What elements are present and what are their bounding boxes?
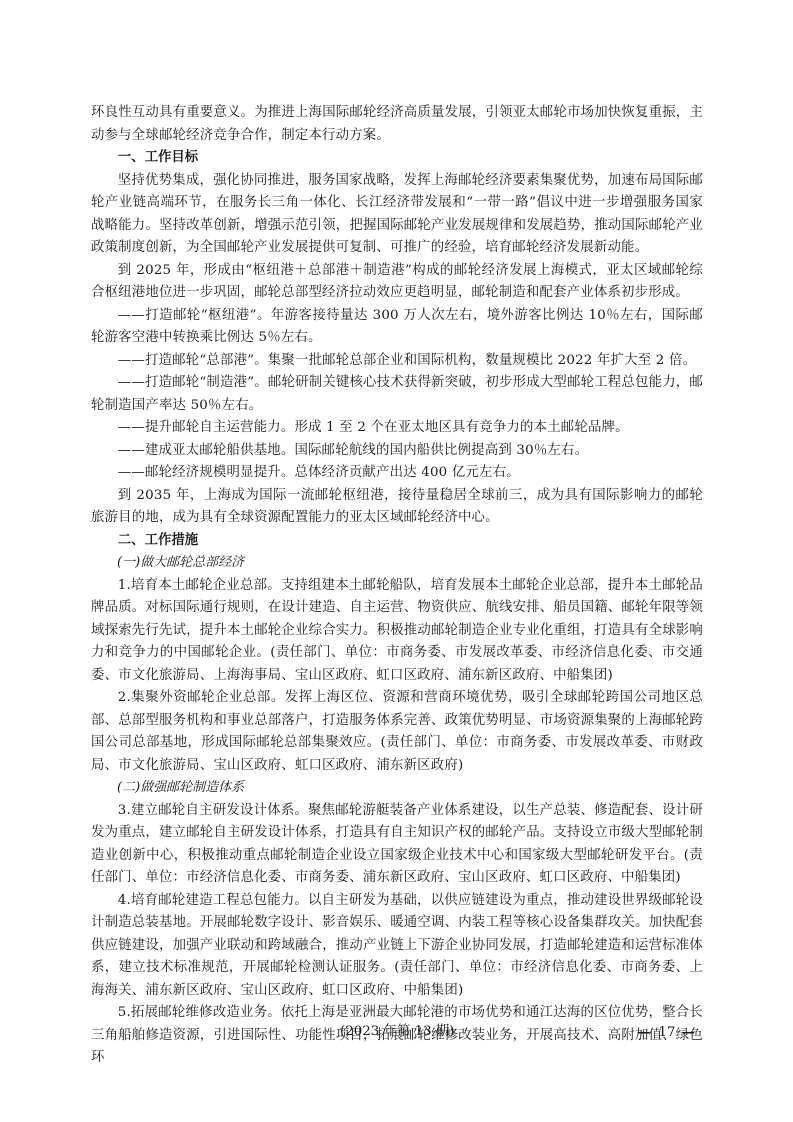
page-dash-right: —: [681, 1024, 696, 1040]
heading-work-goals: 一、工作目标: [91, 147, 703, 170]
measure-item-2: 2.集聚外资邮轮企业总部。发挥上海区位、资源和营商环境优势，吸引全球邮轮跨国公司…: [91, 687, 703, 777]
heading-work-measures: 二、工作措施: [91, 530, 703, 553]
paragraph-intro-continuation: 环良性互动具有重要意义。为推进上海国际邮轮经济高质量发展，引领亚太邮轮市场加快恢…: [91, 102, 703, 147]
paragraph-goals-principles: 坚持优势集成，强化协同推进，服务国家战略，发挥上海邮轮经济要素集聚优势，加速布局…: [91, 170, 703, 260]
document-body: 环良性互动具有重要意义。为推进上海国际邮轮经济高质量发展，引领亚太邮轮市场加快恢…: [91, 102, 703, 1070]
footer-issue-label: (2023 年第 13 期): [340, 1022, 455, 1042]
goal-item-hub-port: ——打造邮轮“枢纽港”。年游客接待量达 300 万人次左右，境外游客比例达 10…: [91, 305, 703, 350]
page-number: —17—: [637, 1022, 697, 1043]
paragraph-goals-2035: 到 2035 年，上海成为国际一流邮轮枢纽港，接待量稳居全球前三，成为具有国际影…: [91, 485, 703, 530]
page-number-value: 17: [658, 1025, 675, 1040]
measure-item-3: 3.建立邮轮自主研发设计体系。聚焦邮轮游艇装备产业体系建设，以生产总装、修造配套…: [91, 800, 703, 890]
measure-item-1: 1.培育本土邮轮企业总部。支持组建本土邮轮船队，培育发展本土邮轮企业总部，提升本…: [91, 575, 703, 688]
goal-item-headquarters-port: ——打造邮轮“总部港”。集聚一批邮轮总部企业和国际机构，数量规模比 2022 年…: [91, 350, 703, 373]
subheading-manufacturing-system: (二)做强邮轮制造体系: [91, 777, 703, 800]
goal-item-supply-base: ——建成亚太邮轮船供基地。国际邮轮航线的国内船供比例提高到 30％左右。: [91, 440, 703, 463]
subheading-headquarters-economy: (一)做大邮轮总部经济: [91, 552, 703, 575]
goal-item-operations: ——提升邮轮自主运营能力。形成 1 至 2 个在亚太地区具有竞争力的本土邮轮品牌…: [91, 417, 703, 440]
page-dash-left: —: [637, 1024, 652, 1040]
paragraph-goals-2025: 到 2025 年，形成由“枢纽港＋总部港＋制造港”构成的邮轮经济发展上海模式，亚…: [91, 260, 703, 305]
goal-item-economic-scale: ——邮轮经济规模明显提升。总体经济贡献产出达 400 亿元左右。: [91, 462, 703, 485]
goal-item-manufacturing-port: ——打造邮轮“制造港”。邮轮研制关键核心技术获得新突破，初步形成大型邮轮工程总包…: [91, 372, 703, 417]
measure-item-4: 4.培育邮轮建造工程总包能力。以自主研发为基础，以供应链建设为重点，推动建设世界…: [91, 890, 703, 1003]
